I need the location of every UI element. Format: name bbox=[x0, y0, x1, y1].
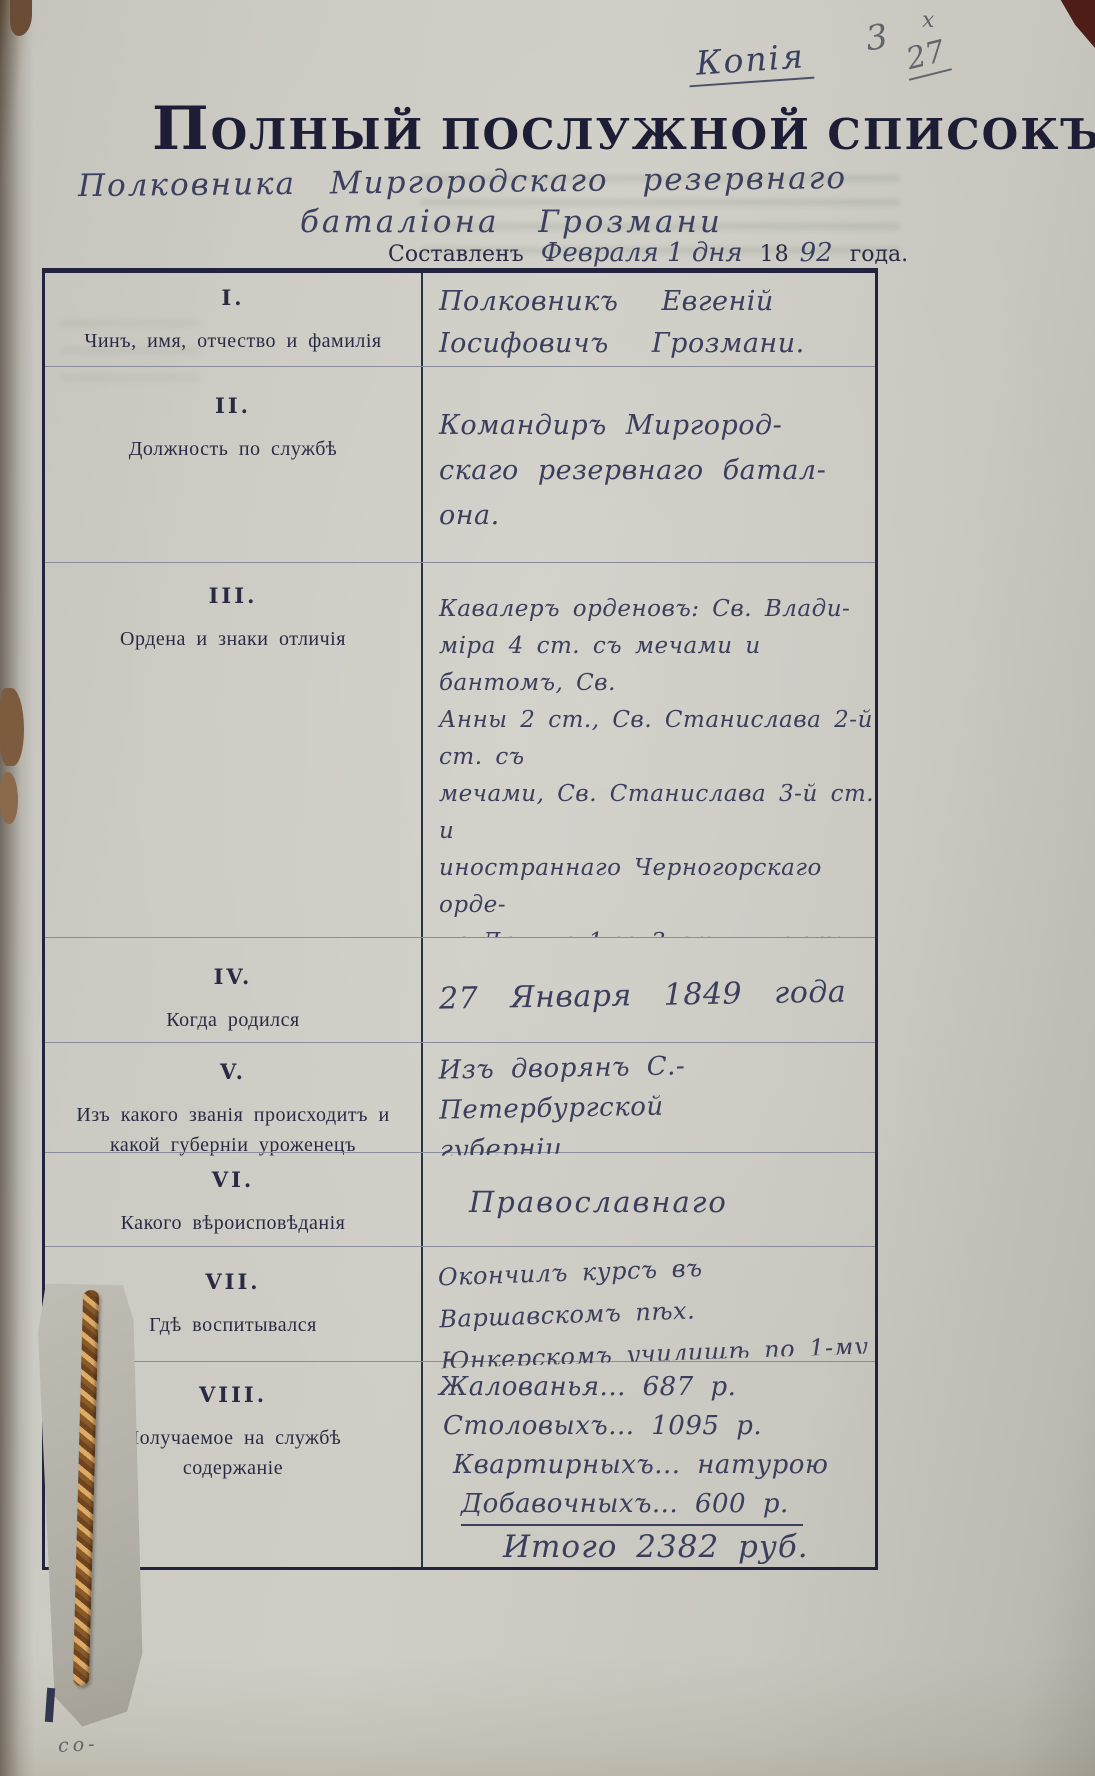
row-label-cell: V. Изъ какого званія происходитъ и какой… bbox=[45, 1043, 423, 1152]
row-value-cell: Кавалеръ орденовъ: Св. Влади-міра 4 ст. … bbox=[423, 563, 875, 937]
row-number: I. bbox=[45, 285, 421, 310]
handwritten-line: она. bbox=[439, 493, 875, 538]
handwritten-line: Кавалеръ орденовъ: Св. Влади- bbox=[439, 591, 875, 628]
row-label-cell: III. Ордена и знаки отличія bbox=[45, 563, 423, 937]
row-number: II. bbox=[45, 393, 421, 418]
pencil-archive-number: 27 bbox=[900, 33, 952, 81]
handwritten-line: Жалованья... 687 р. bbox=[439, 1368, 875, 1407]
compiled-date-handwritten: Февраля 1 дня bbox=[531, 238, 753, 270]
compiled-year-handwritten: 92 bbox=[790, 238, 843, 270]
row-label-cell: VI. Какого вѣроисповѣданія bbox=[45, 1153, 423, 1246]
handwritten-line: Изъ дворянъ С.-Петербургской bbox=[438, 1043, 875, 1131]
table-row: VIII. Получаемое на службѣ содержаніе Жа… bbox=[45, 1361, 875, 1567]
row-label: Ордена и знаки отличія bbox=[45, 624, 421, 654]
row-value-cell: Полковникъ ЕвгенійІосифовичъ Грозмани. bbox=[423, 273, 875, 366]
document-title: ПОЛНЫЙ ПОСЛУЖНОЙ СПИСОКЪ. bbox=[152, 94, 912, 164]
subject-line-2: баталіона Грозмани bbox=[300, 204, 723, 240]
row-label: Когда родился bbox=[45, 1005, 421, 1035]
row-value-cell: Окончилъ курсъ въ Варшавскомъ пѣх.Юнкерс… bbox=[421, 1239, 877, 1369]
book-spine-shadow bbox=[0, 0, 34, 1776]
row-value-cell: Изъ дворянъ С.-Петербургскойгуберніи bbox=[422, 1039, 876, 1156]
row-label: Какого вѣроисповѣданія bbox=[45, 1208, 421, 1238]
row-number: V. bbox=[45, 1059, 421, 1084]
pencil-x-mark: х bbox=[922, 8, 934, 33]
handwritten-line: Іосифовичъ Грозмани. bbox=[439, 323, 875, 365]
row-value-cell: Командиръ Миргород-скаго резервнаго бата… bbox=[423, 367, 875, 562]
document-page: Копія 3 х 27 ПОЛНЫЙ ПОСЛУЖНОЙ СПИСОКЪ. П… bbox=[0, 0, 1095, 1776]
row-label-cell: I. Чинъ, имя, отчество и фамилія bbox=[45, 273, 423, 366]
pencil-note: со- bbox=[57, 1733, 99, 1757]
cover-corner bbox=[1043, 0, 1095, 48]
row-label-cell: II. Должность по службѣ bbox=[45, 367, 423, 562]
handwritten-line: Анны 2 ст., Св. Станислава 2-й ст. съ bbox=[439, 702, 875, 776]
handwritten-line: Православнаго bbox=[439, 1185, 875, 1219]
row-label: Изъ какого званія происходитъ и какой гу… bbox=[45, 1100, 421, 1160]
row-label-cell: IV. Когда родился bbox=[45, 938, 423, 1041]
handwritten-line: Добавочныхъ... 600 р. bbox=[461, 1485, 803, 1526]
row-label: Должность по службѣ bbox=[45, 434, 421, 464]
handwritten-line: Столовыхъ... 1095 р. bbox=[443, 1407, 875, 1446]
pencil-page-number: 3 bbox=[863, 17, 890, 60]
handwritten-line: Полковникъ Евгеній bbox=[439, 281, 875, 323]
row-value-cell: 27 Января 1849 года bbox=[422, 934, 876, 1045]
table-row: V. Изъ какого званія происходитъ и какой… bbox=[45, 1042, 875, 1152]
copy-annotation: Копія bbox=[687, 36, 815, 88]
handwritten-line: Окончилъ курсъ въ Варшавскомъ пѣх. bbox=[437, 1241, 876, 1340]
compiled-prefix: Составленъ bbox=[388, 242, 524, 267]
table-row: II. Должность по службѣ Командиръ Миргор… bbox=[45, 366, 875, 562]
table-row: III. Ордена и знаки отличія Кавалеръ орд… bbox=[45, 562, 875, 937]
row-value-cell: Православнаго bbox=[423, 1153, 875, 1246]
compiled-line: Составленъ Февраля 1 дня 1892 года. bbox=[388, 238, 908, 268]
table-row: VI. Какого вѣроисповѣданія Православнаго bbox=[45, 1152, 875, 1246]
handwritten-line: 27 Января 1849 года bbox=[439, 974, 876, 1017]
compiled-year-printed: 18 bbox=[760, 242, 790, 267]
table-row: I. Чинъ, имя, отчество и фамилія Полковн… bbox=[45, 273, 875, 366]
row-number: VI. bbox=[45, 1167, 421, 1192]
row-label: Чинъ, имя, отчество и фамилія bbox=[45, 326, 421, 356]
handwritten-line: иностраннаго Черногорскаго орде- bbox=[439, 850, 875, 924]
service-record-table: I. Чинъ, имя, отчество и фамилія Полковн… bbox=[42, 268, 878, 1570]
compiled-suffix: года. bbox=[850, 242, 908, 267]
handwritten-line: скаго резервнаго батал- bbox=[439, 448, 875, 493]
row-number: IV. bbox=[45, 964, 421, 989]
handwritten-line: Итого 2382 руб. bbox=[503, 1528, 875, 1567]
handwritten-line: Квартирныхъ... натурою bbox=[453, 1446, 875, 1485]
row-value-cell: Жалованья... 687 р.Столовыхъ... 1095 р.К… bbox=[423, 1362, 875, 1567]
ink-mark bbox=[45, 1688, 55, 1722]
handwritten-line: Командиръ Миргород- bbox=[439, 403, 875, 448]
handwritten-line: міра 4 ст. съ мечами и бантомъ, Св. bbox=[439, 628, 875, 702]
table-row: IV. Когда родился 27 Января 1849 года bbox=[45, 937, 875, 1041]
row-number: III. bbox=[45, 583, 421, 608]
handwritten-line: мечами, Св. Станислава 3-й ст. и bbox=[439, 776, 875, 850]
table-row: VII. Гдѣ воспитывался Окончилъ курсъ въ … bbox=[45, 1246, 875, 1361]
